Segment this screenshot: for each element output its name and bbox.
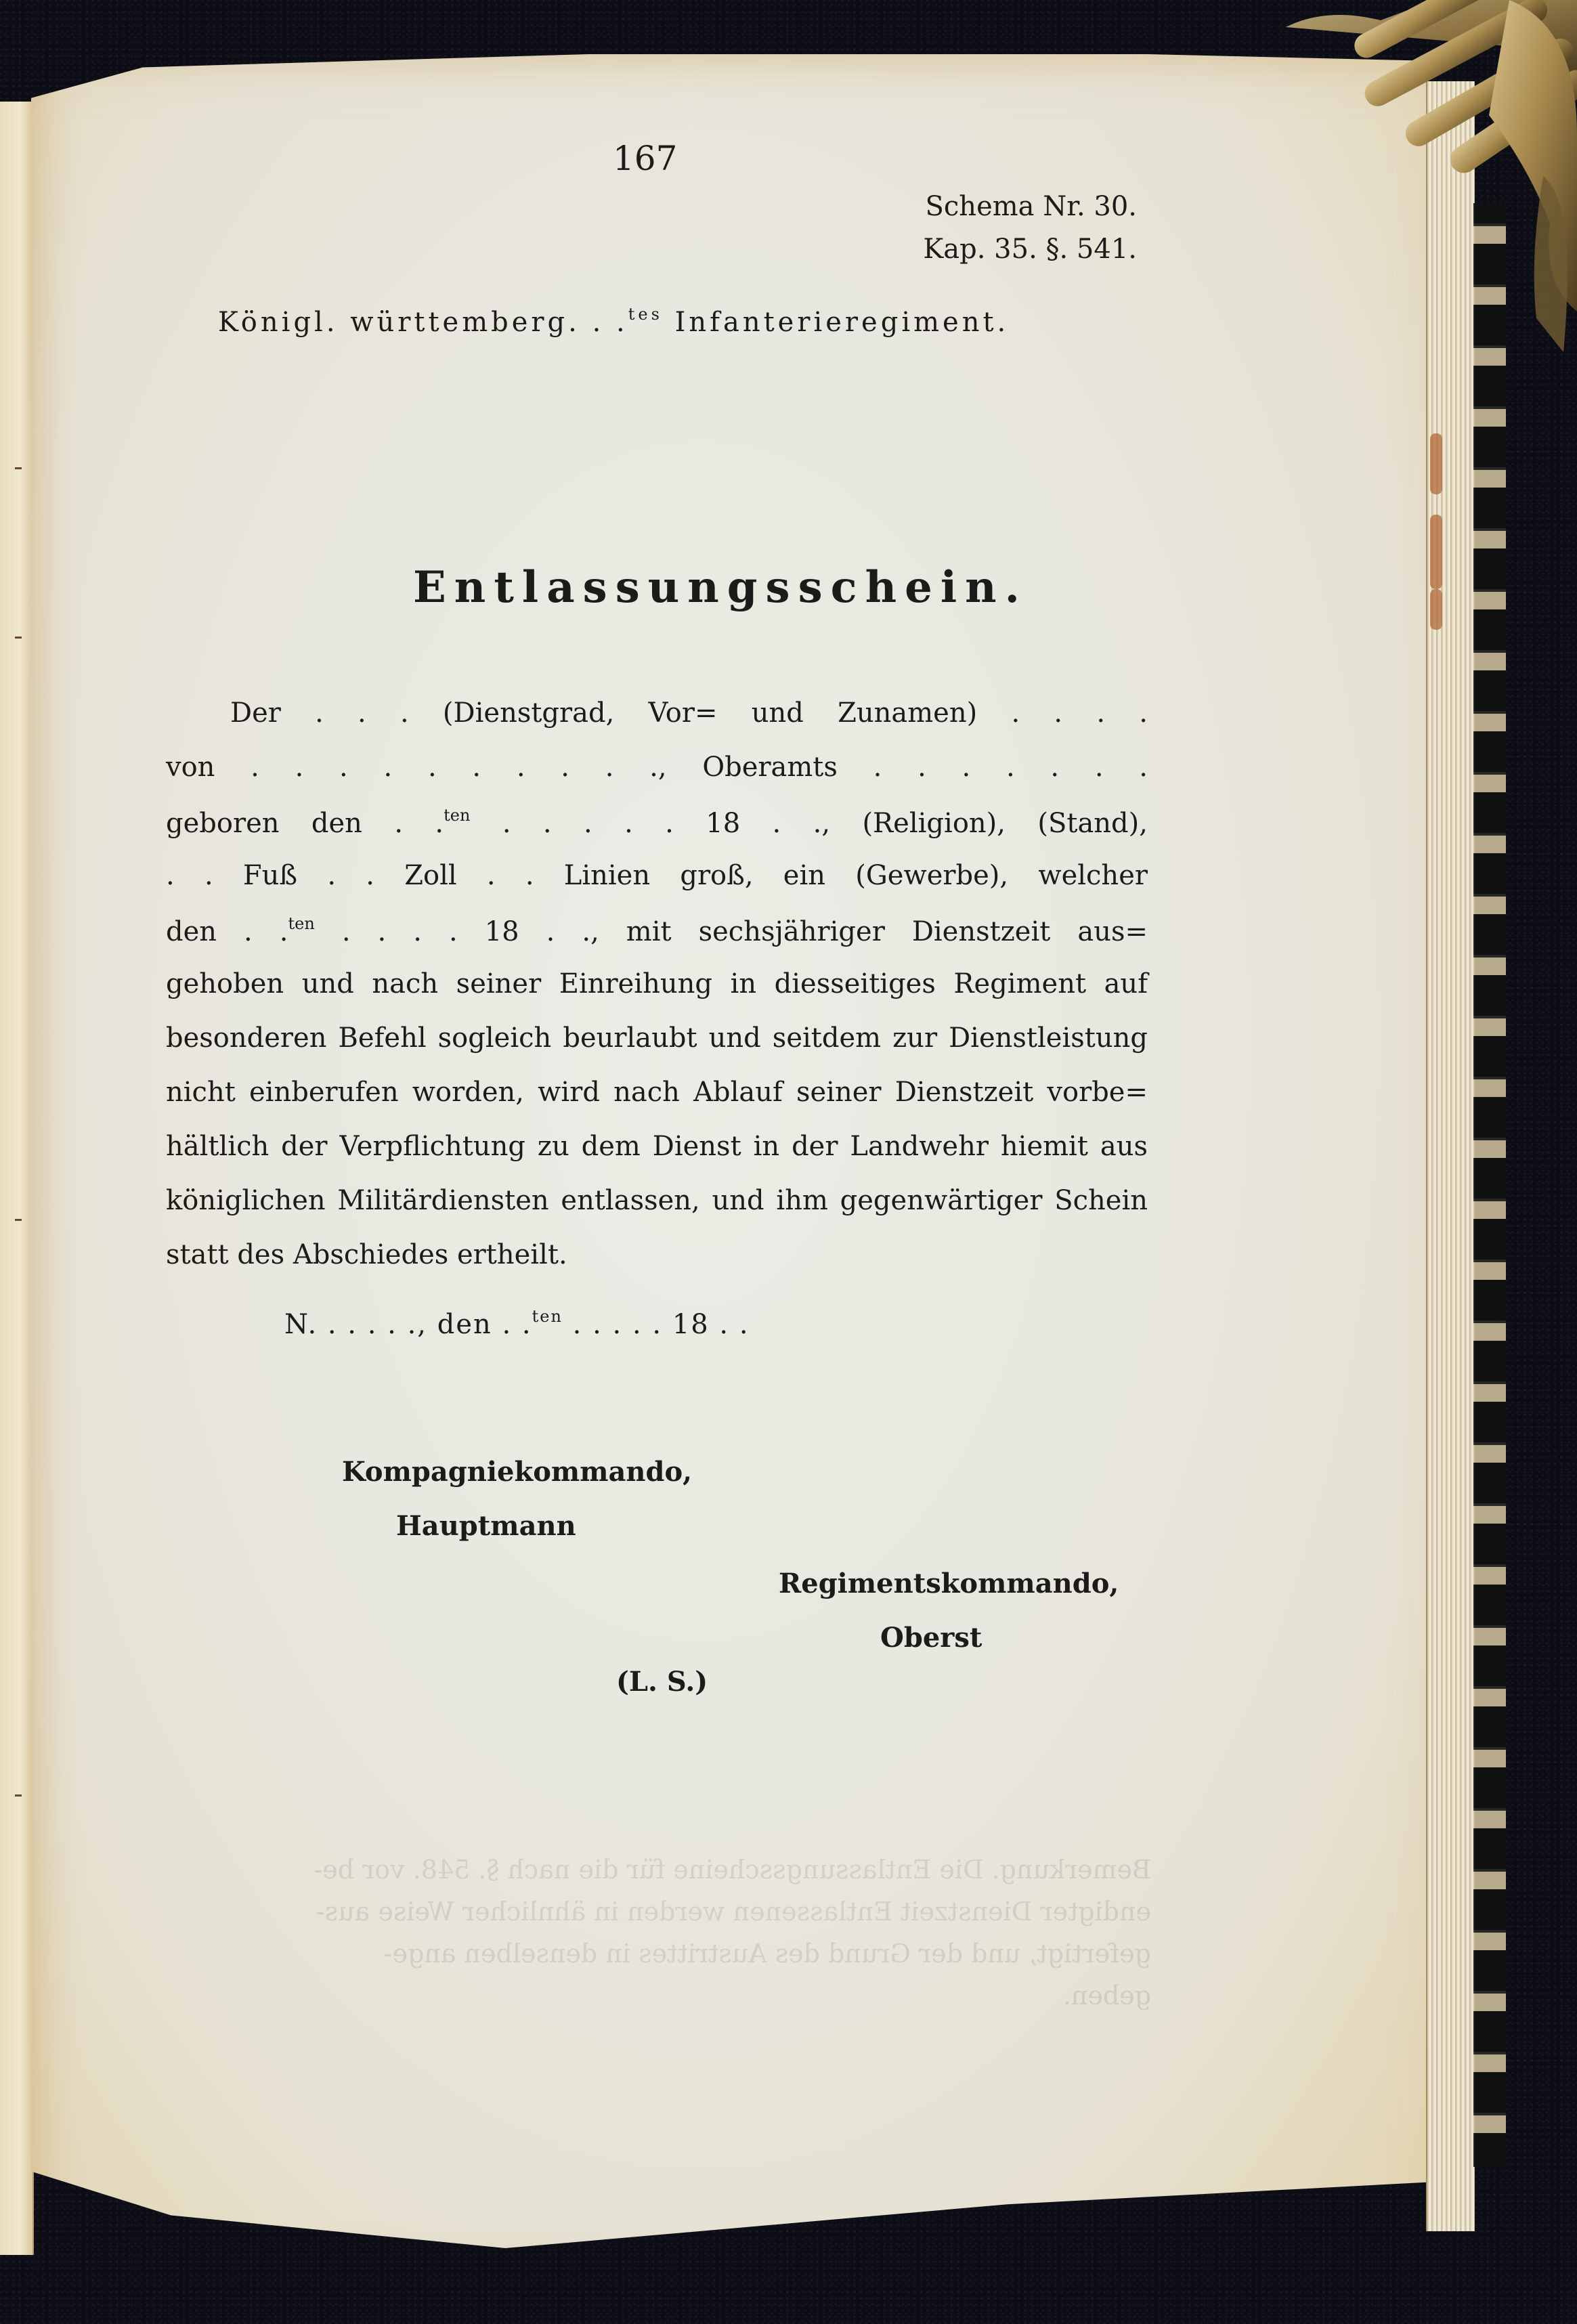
chapter-paragraph-reference: Kap. 35. §. 541. — [923, 234, 1137, 265]
show-through-line: geben. — [203, 1975, 1151, 2017]
place-date-line: N. . . . . ., den . .ten . . . . . 18 . … — [284, 1307, 750, 1340]
page-mark — [15, 467, 22, 469]
body-line: königlichen Militärdiensten entlassen, u… — [166, 1185, 1148, 1216]
show-through-line: endigter Dienstzeit Entlassenen werden i… — [203, 1891, 1151, 1933]
page-fore-edge — [1426, 81, 1475, 2231]
regiment-rank: Oberst — [880, 1622, 982, 1654]
show-through-line: gefertigt, und der Grund des Austrittes … — [203, 1933, 1151, 1975]
company-command-signature: Kompagniekommando, — [342, 1456, 692, 1488]
regiment-heading-prefix: Königl. württemberg. . . — [218, 307, 628, 338]
company-rank: Hauptmann — [396, 1510, 576, 1542]
left-facing-page-edge — [0, 102, 34, 2255]
bronze-hand-clip-icon — [1286, 0, 1577, 359]
body-line: gehoben und nach seiner Einreihung in di… — [166, 968, 1148, 999]
regiment-heading: Königl. württemberg. . .tes Infanteriere… — [218, 305, 1009, 338]
place-date-part: N. . . . . ., den . . — [284, 1309, 532, 1340]
show-through-line: Bemerkung. Die Entlassungsscheine für di… — [203, 1849, 1151, 1891]
reverse-side-show-through: Bemerkung. Die Entlassungsscheine für di… — [203, 1849, 1151, 2017]
foxing-stain — [1430, 433, 1442, 494]
foxing-stain — [1430, 589, 1442, 630]
body-line-part: . . . . 18 . ., mit sechsjähriger Dienst… — [315, 916, 1148, 947]
ordinal-suffix: ten — [532, 1307, 563, 1326]
body-line: hältlich der Verpflichtung zu dem Dienst… — [166, 1131, 1148, 1162]
body-line: statt des Abschiedes ertheilt. — [166, 1239, 1148, 1270]
regiment-command-signature: Regimentskommando, — [779, 1568, 1119, 1599]
body-line-part: geboren den . . — [166, 808, 444, 839]
regiment-heading-suffix: Infanterieregiment. — [663, 307, 1009, 338]
body-line: den . .ten . . . . 18 . ., mit sechsjähr… — [166, 914, 1148, 947]
place-date-part: . . . . . 18 . . — [563, 1309, 750, 1340]
body-line: besonderen Befehl sogleich beurlaubt und… — [166, 1023, 1148, 1054]
ordinal-suffix: ten — [288, 914, 315, 933]
ordinal-suffix: tes — [628, 305, 663, 324]
body-line: von . . . . . . . . . ., Oberamts . . . … — [166, 752, 1148, 783]
body-line: . . Fuß . . Zoll . . Linien groß, ein (G… — [166, 860, 1148, 891]
schema-number: Schema Nr. 30. — [926, 191, 1138, 222]
body-line: nicht einberufen worden, wird nach Ablau… — [166, 1077, 1148, 1108]
book-cover-edge — [1473, 203, 1506, 2167]
page-number: 167 — [613, 139, 677, 178]
body-line: geboren den . .ten . . . . . 18 . ., (Re… — [166, 806, 1148, 839]
page-mark — [15, 1794, 22, 1796]
ordinal-suffix: ten — [444, 806, 470, 825]
document-title: Entlassungsschein. — [413, 562, 1028, 613]
seal-placeholder: (L. S.) — [616, 1666, 708, 1698]
page-mark — [15, 637, 22, 639]
foxing-stain — [1430, 515, 1442, 589]
page-mark — [15, 1219, 22, 1221]
body-line-part: den . . — [166, 916, 288, 947]
body-line: Der . . . (Dienstgrad, Vor= und Zunamen)… — [230, 697, 1148, 729]
body-line-part: . . . . . 18 . ., (Religion), (Stand), — [470, 808, 1148, 839]
